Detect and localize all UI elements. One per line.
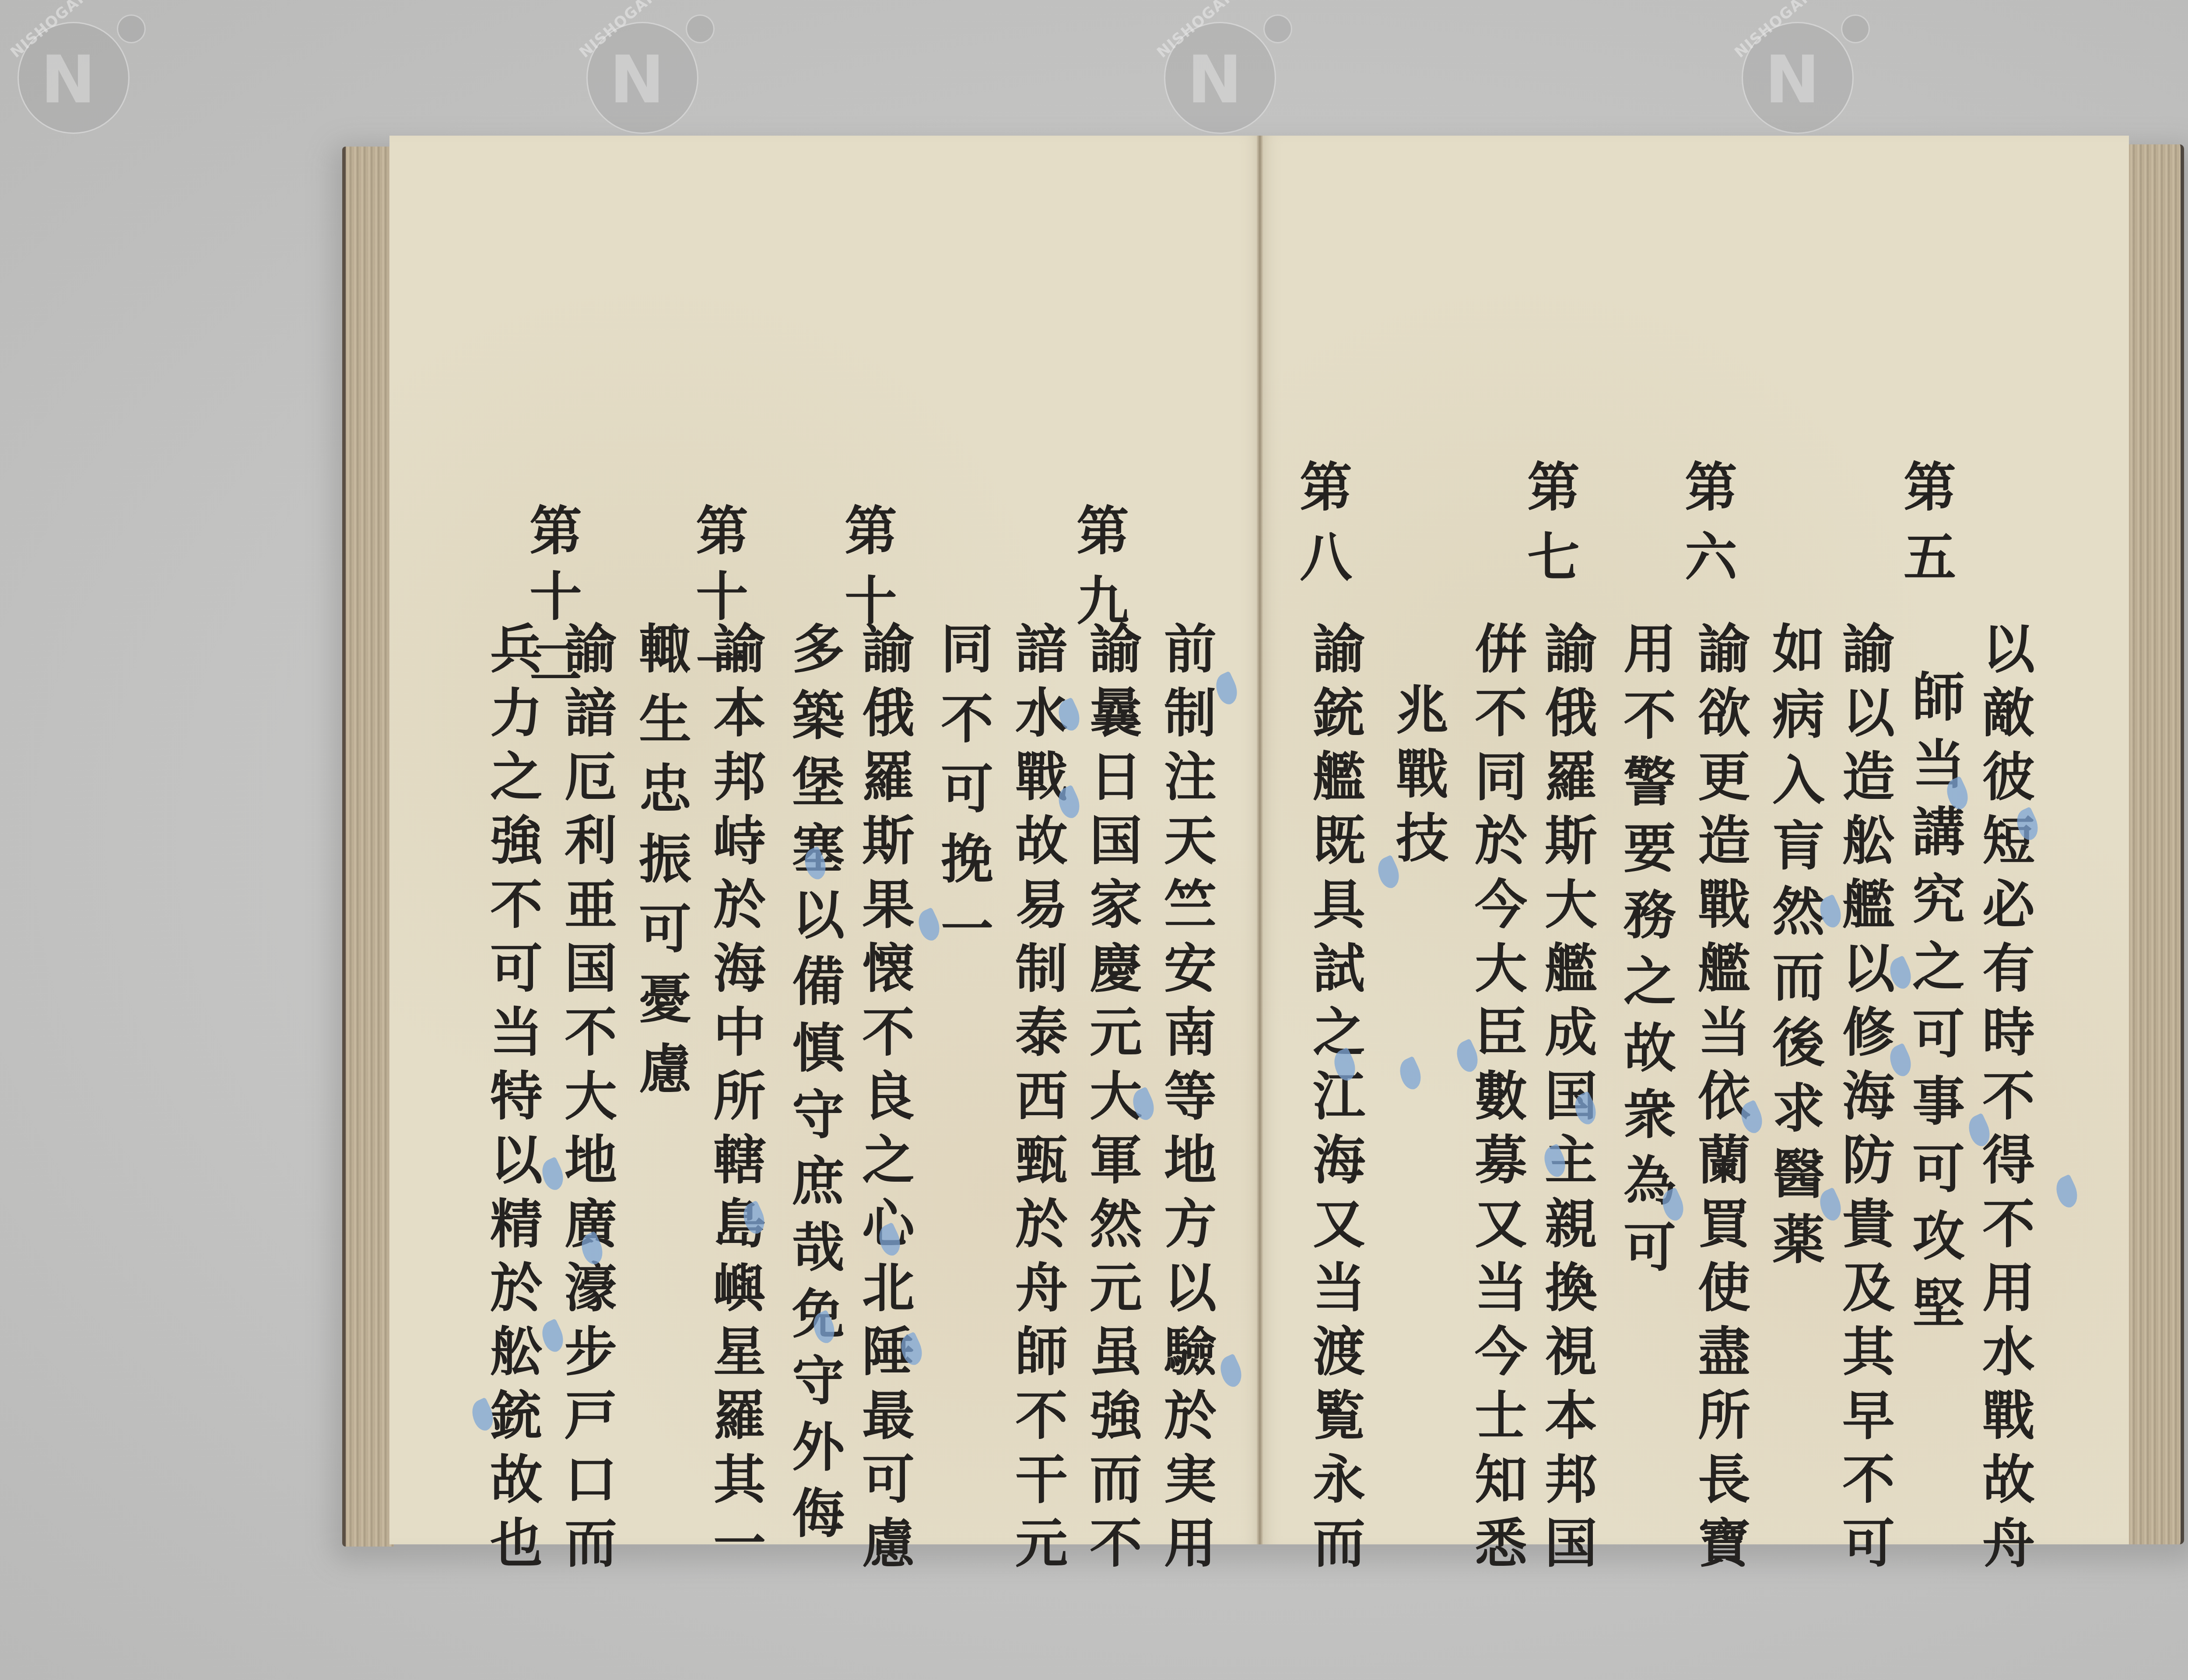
book-left-edge <box>342 147 394 1547</box>
right-col-10: 諭銃艦既具試之江海又当渡覧永而 <box>1308 621 1361 1579</box>
watermark-glyph: N <box>41 47 96 113</box>
right-heading-8: 第八 <box>1295 459 1348 599</box>
right-col-3: 諭以造舩艦以修海防貴及其早不可 <box>1838 621 1890 1579</box>
watermark-glyph: N <box>610 47 665 113</box>
left-col-6: 多築堡塞以備慎守庶哉免守外侮 <box>788 621 840 1552</box>
right-col-9: 兆戰技 <box>1392 682 1444 874</box>
watermark-dot <box>1263 14 1292 43</box>
left-col-3: 諳水戰故易制泰西甄於舟師不干元 <box>1011 621 1063 1579</box>
watermark-logo: NISHOGAKUSHAN <box>586 22 698 134</box>
watermark-dot <box>686 14 715 43</box>
watermark-logo: NISHOGAKUSHAN <box>1164 22 1276 134</box>
left-col-1: 前制注天竺安南等地方以驗於実用 <box>1160 621 1212 1579</box>
right-heading-6: 第六 <box>1680 459 1733 599</box>
right-col-2: 師当講究之可事可攻堅 <box>1908 669 1960 1343</box>
right-col-5: 諭欲更造戰艦当依蘭買使盡所長寶 <box>1694 621 1746 1579</box>
watermark-dot <box>117 14 146 43</box>
watermark-dot <box>1841 14 1870 43</box>
left-col-4: 同不可挽一 <box>936 621 989 971</box>
left-col-2: 諭曩日国家慶元大軍然元虽強而不 <box>1085 621 1138 1579</box>
watermark-logo: NISHOGAKUSHAN <box>1742 22 1854 134</box>
left-col-9: 諭諳厄利亜国不大地廣濠步戸口而 <box>560 621 613 1579</box>
watermark-logo: NISHOGAKUSHAN <box>18 22 130 134</box>
right-heading-7: 第七 <box>1523 459 1575 599</box>
book-right-edge <box>2129 144 2184 1544</box>
left-col-5: 諭俄羅斯果懐不良之心北陲最可慮 <box>858 621 910 1579</box>
left-col-8: 輙生忠振可憂慮 <box>635 621 687 1111</box>
watermark-glyph: N <box>1765 47 1820 113</box>
left-col-10: 兵力之強不可当特以精於舩銃故也 <box>486 621 538 1579</box>
right-heading-5: 第五 <box>1899 459 1952 599</box>
watermark-glyph: N <box>1187 47 1242 113</box>
right-col-6: 用不警要務之故衆為可 <box>1619 621 1672 1286</box>
right-col-8: 倂不同於今大臣數募又当今士知悉 <box>1470 621 1523 1579</box>
right-col-4: 如病入肓然而後求醫薬 <box>1768 621 1820 1277</box>
right-col-1: 以敵彼短必有時不得不用水戰故舟 <box>1978 621 2030 1579</box>
left-col-7: 諭本邦峙於海中所轄島嶼星羅其一 <box>709 621 761 1579</box>
book-gutter <box>1257 136 1263 1544</box>
